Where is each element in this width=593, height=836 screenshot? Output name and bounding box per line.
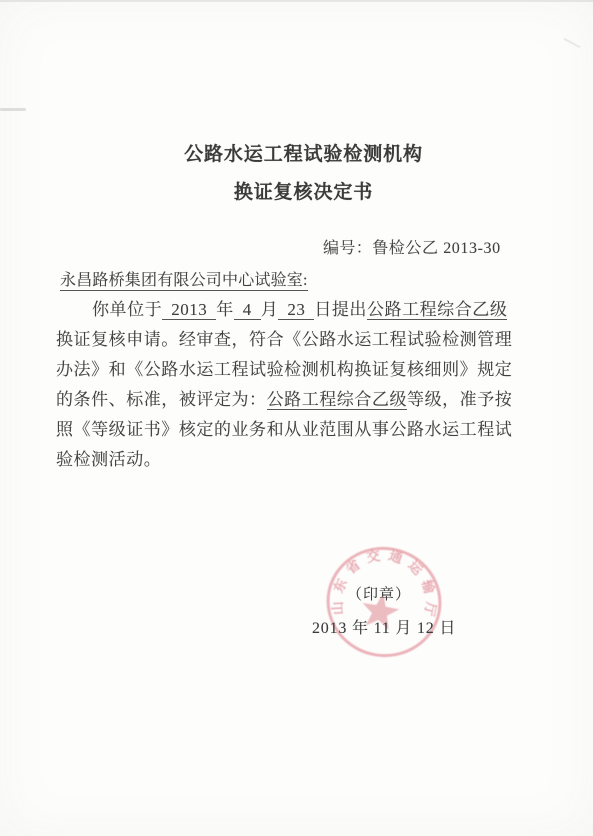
body-line-4: 的条件、标准，被评定为：公路工程综合乙级等级，准予按 — [56, 385, 514, 415]
document-number: 编号：鲁检公乙 2013-30 — [323, 235, 501, 258]
scanned-document-page: 公路水运工程试验检测机构 换证复核决定书 编号：鲁检公乙 2013-30 永昌路… — [0, 0, 593, 836]
body-text: 的条件、标准，被评定为： — [56, 390, 267, 409]
application-month: 4 — [234, 300, 261, 320]
body-text: 换证复核申请。经审查，符合《公路水运工程试验检测管理 — [56, 330, 512, 349]
evaluated-grade: 公路工程综合乙级 — [267, 390, 407, 410]
body-text: 年 — [216, 300, 234, 319]
scan-smudge — [0, 108, 26, 111]
application-year: 2013 — [162, 300, 216, 320]
applied-grade: 公路工程综合乙级 — [367, 300, 507, 320]
body-line-3: 办法》和《公路水运工程试验检测机构换证复核细则》规定 — [56, 355, 514, 385]
scan-edge-artifact — [0, 0, 593, 2]
body-line-5: 照《等级证书》核定的业务和从业范围从事公路水运工程试 — [56, 415, 514, 445]
seal-placeholder-label: （印章） — [347, 583, 411, 604]
body-text: 办法》和《公路水运工程试验检测机构换证复核细则》规定 — [56, 360, 512, 379]
decision-body-paragraph: 你单位于2013年4月23日提出公路工程综合乙级 换证复核申请。经审查，符合《公… — [56, 295, 514, 475]
application-day: 23 — [278, 300, 314, 320]
body-text: 验检测活动。 — [56, 450, 161, 469]
decision-date: 2013 年 11 月 12 日 — [312, 615, 456, 638]
body-text: 照《等级证书》核定的业务和从业范围从事公路水运工程试 — [56, 420, 512, 439]
document-title-line2: 换证复核决定书 — [7, 177, 593, 204]
body-line-1: 你单位于2013年4月23日提出公路工程综合乙级 — [56, 295, 514, 325]
body-text: 等级，准予按 — [407, 390, 512, 409]
scan-smudge — [564, 38, 581, 48]
body-line-6: 验检测活动。 — [56, 445, 514, 475]
body-text: 你单位于 — [92, 300, 162, 319]
document-title-line1: 公路水运工程试验检测机构 — [7, 139, 593, 166]
body-text: 月 — [261, 300, 279, 319]
addressee-line: 永昌路桥集团有限公司中心试验室: — [60, 267, 308, 290]
document-number-value: 鲁检公乙 2013-30 — [372, 240, 501, 257]
document-number-label: 编号： — [323, 240, 372, 257]
body-line-2: 换证复核申请。经审查，符合《公路水运工程试验检测管理 — [56, 325, 514, 355]
addressee-name: 永昌路桥集团有限公司中心试验室: — [60, 272, 308, 291]
body-text: 日提出 — [314, 300, 367, 319]
